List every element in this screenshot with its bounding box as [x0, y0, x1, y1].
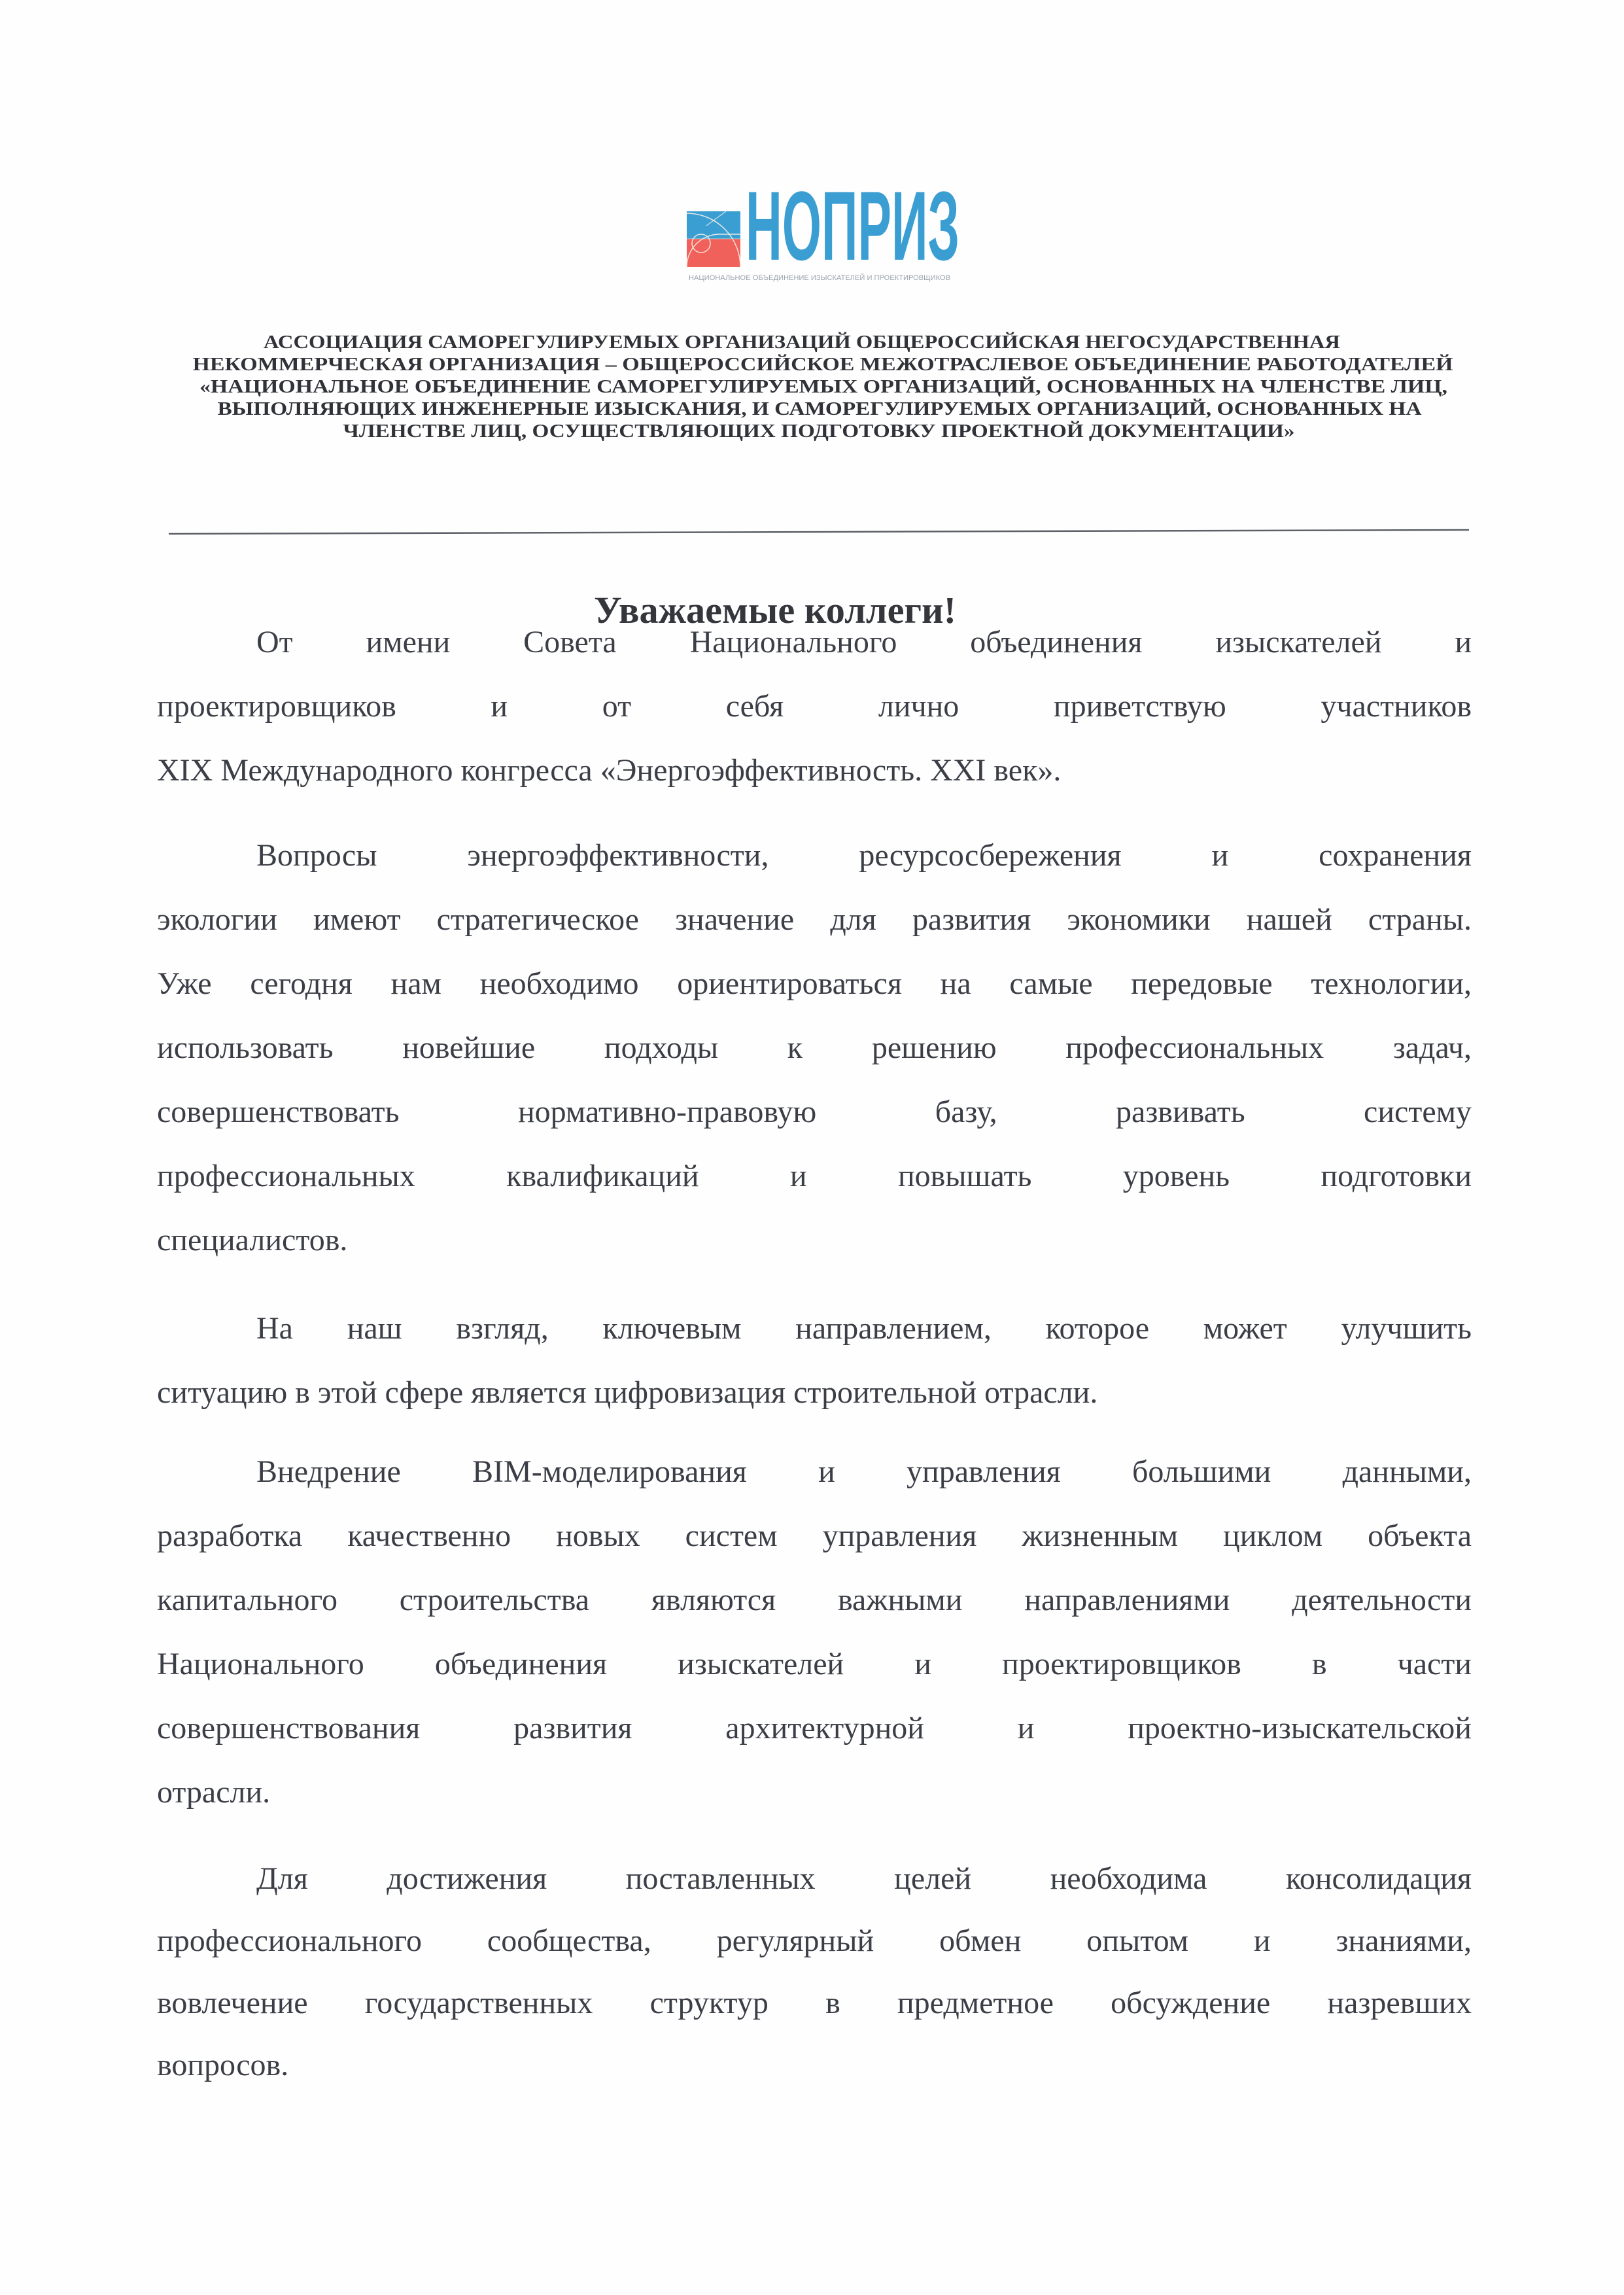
header-line: ЧЛЕНСТВЕ ЛИЦ, ОСУЩЕСТВЛЯЮЩИХ ПОДГОТОВКУ … [343, 421, 1295, 442]
text-line: вовлечение государственных структур в пр… [157, 1972, 1472, 2034]
letterhead: НОПРИЗ НАЦИОНАЛЬНОЕ ОБЪЕДИНЕНИЕ ИЗЫСКАТЕ… [0, 0, 1624, 654]
header-line: АССОЦИАЦИЯ САМОРЕГУЛИРУЕМЫХ ОРГАНИЗАЦИЙ … [264, 332, 1340, 353]
text-line: совершенствования развития архитектурной… [157, 1696, 1472, 1761]
text-line: От имени Совета Национального объединени… [157, 610, 1472, 674]
text-line: вопросов. [157, 2034, 1472, 2096]
paragraph-5: Для достижения поставленных целей необхо… [157, 1848, 1472, 2096]
text-line: капитального строительства являются важн… [157, 1568, 1472, 1632]
text-line: Уже сегодня нам необходимо ориентировать… [157, 952, 1472, 1016]
paragraph-2: Вопросы энергоэффективности, ресурсосбер… [157, 824, 1472, 1272]
text-line: совершенствовать нормативно-правовую баз… [157, 1080, 1472, 1144]
text-line: экологии имеют стратегическое значение д… [157, 888, 1472, 952]
logo-wordmark: НОПРИЗ [746, 171, 959, 281]
header-line: ВЫПОЛНЯЮЩИХ ИНЖЕНЕРНЫЕ ИЗЫСКАНИЯ, И САМО… [218, 399, 1423, 419]
letter-page: НОПРИЗ НАЦИОНАЛЬНОЕ ОБЪЕДИНЕНИЕ ИЗЫСКАТЕ… [0, 0, 1624, 2295]
text-line: Вопросы энергоэффективности, ресурсосбер… [157, 824, 1472, 888]
nopriz-logo: НОПРИЗ НАЦИОНАЛЬНОЕ ОБЪЕДИНЕНИЕ ИЗЫСКАТЕ… [687, 171, 959, 282]
text-line: использовать новейшие подходы к решению … [157, 1016, 1472, 1080]
text-line: разработка качественно новых систем упра… [157, 1504, 1472, 1568]
text-line: профессиональных квалификаций и повышать… [157, 1144, 1472, 1208]
text-line: проектировщиков и от себя лично приветст… [157, 674, 1472, 739]
logo-tagline: НАЦИОНАЛЬНОЕ ОБЪЕДИНЕНИЕ ИЗЫСКАТЕЛЕЙ И П… [689, 273, 950, 282]
header-line: «НАЦИОНАЛЬНОЕ ОБЪЕДИНЕНИЕ САМОРЕГУЛИРУЕМ… [199, 377, 1447, 397]
paragraph-3: На наш взгляд, ключевым направлением, ко… [157, 1297, 1472, 1425]
logo-emblem-icon [687, 211, 740, 267]
text-line: Для достижения поставленных целей необхо… [157, 1848, 1472, 1910]
paragraph-4: Внедрение BIM-моделирования и управления… [157, 1440, 1472, 1825]
text-line: специалистов. [157, 1208, 1472, 1272]
text-line: ситуацию в этой сфере является цифровиза… [157, 1361, 1472, 1425]
text-line: На наш взгляд, ключевым направлением, ко… [157, 1297, 1472, 1361]
header-divider [169, 530, 1469, 534]
text-line: Национального объединения изыскателей и … [157, 1632, 1472, 1696]
header-line: НЕКОММЕРЧЕСКАЯ ОРГАНИЗАЦИЯ – ОБЩЕРОССИЙС… [193, 355, 1453, 375]
text-line: XIX Международного конгресса «Энергоэффе… [157, 739, 1472, 803]
text-line: Внедрение BIM-моделирования и управления… [157, 1440, 1472, 1504]
paragraph-1: От имени Совета Национального объединени… [157, 610, 1472, 803]
text-line: отрасли. [157, 1761, 1472, 1825]
text-line: профессионального сообщества, регулярный… [157, 1910, 1472, 1972]
organization-header: АССОЦИАЦИЯ САМОРЕГУЛИРУЕМЫХ ОРГАНИЗАЦИЙ … [193, 332, 1453, 442]
